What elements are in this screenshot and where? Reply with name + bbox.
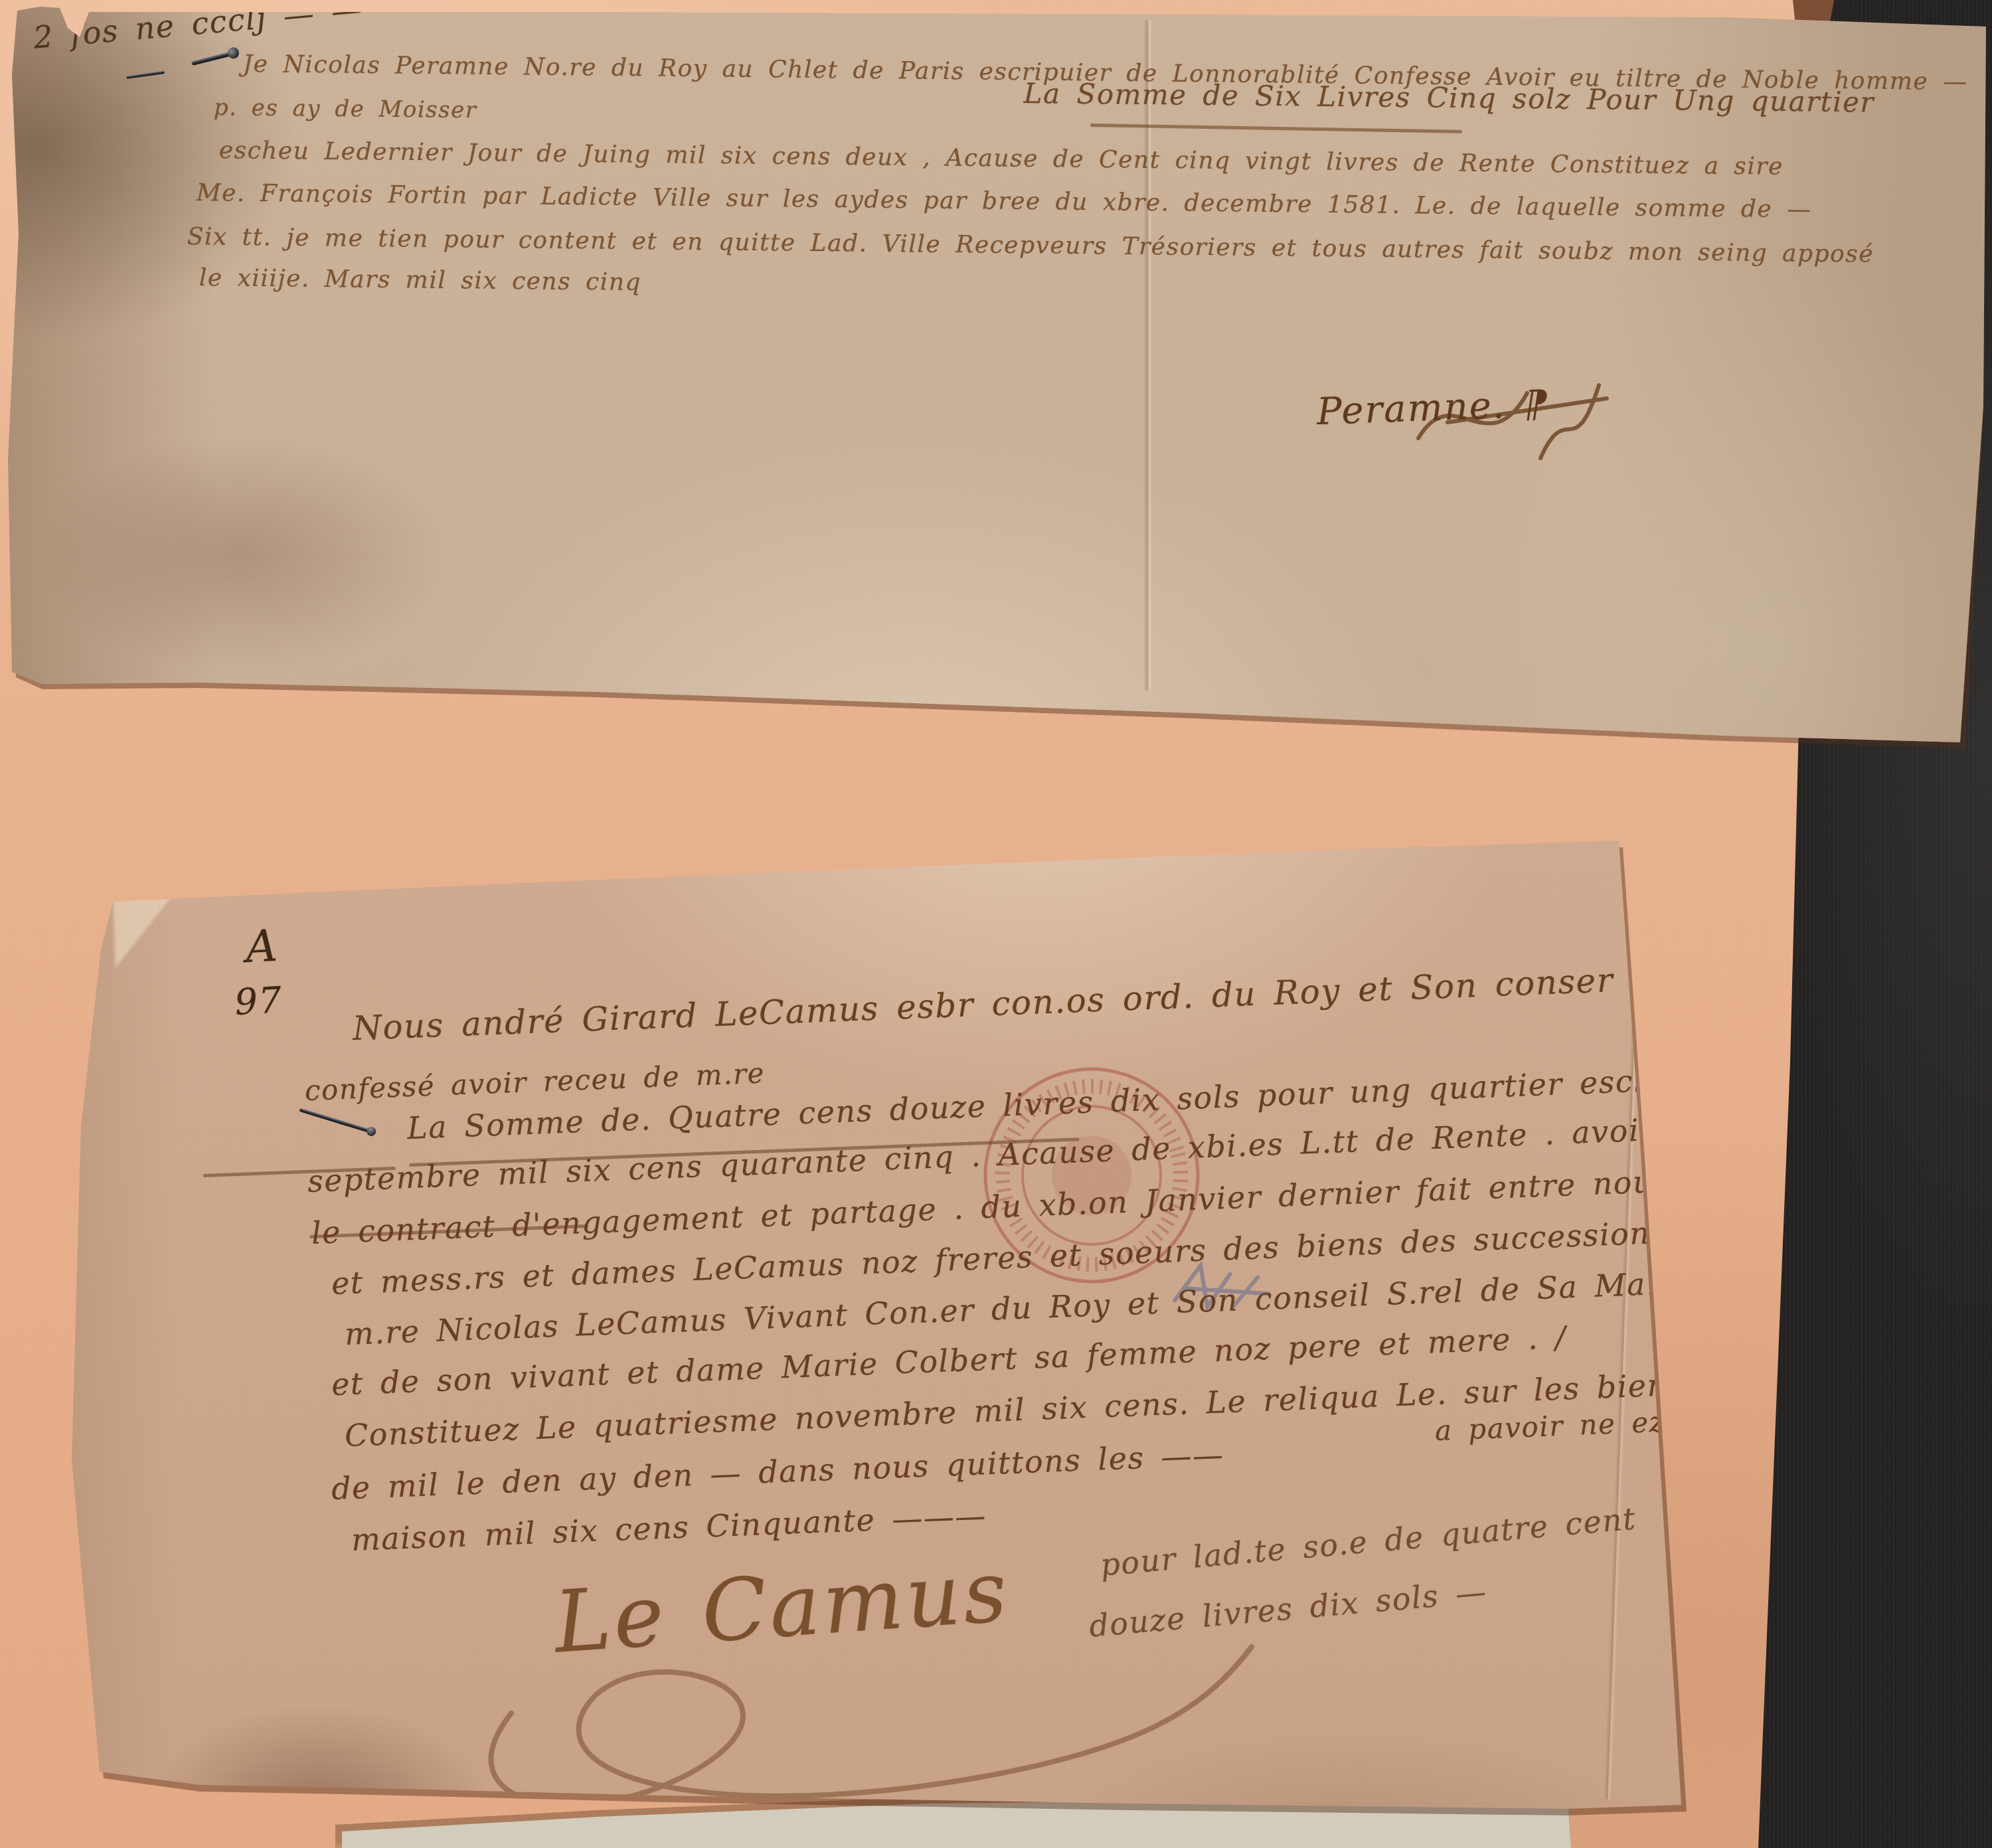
manuscript-line: le xiiije. Mars mil six cens cinq	[199, 264, 642, 296]
album-page-photo: 2 fos ne ccclj — — Je Nicolas Peramne No…	[0, 0, 1992, 1848]
fold-crease-top-doc	[1143, 20, 1153, 691]
manuscript-line: escheu Ledernier Jour de Juing mil six c…	[219, 137, 1784, 181]
manuscript-line: Six tt. je me tien pour content et en qu…	[187, 223, 1874, 268]
amount-note-line: pour lad.te so.e de quatre cent	[1099, 1500, 1637, 1582]
manuscript-line-fragment: a pavoir ne ez	[1434, 1406, 1665, 1447]
corner-fold	[113, 896, 174, 967]
manuscript-line: p. es ay de Moisser	[214, 94, 477, 124]
flourish-stroke	[491, 1647, 1252, 1805]
manuscript-line: Me. François Fortin par Ladicte Ville su…	[197, 179, 1812, 223]
classmark-letter: A	[244, 920, 280, 972]
signature-paraph	[1408, 359, 1620, 485]
manuscript-line: Nous andré Girard LeCamus esbr con.os or…	[352, 954, 1784, 1048]
paraph-stroke	[1418, 385, 1607, 458]
classmark-number: 97	[234, 979, 284, 1023]
